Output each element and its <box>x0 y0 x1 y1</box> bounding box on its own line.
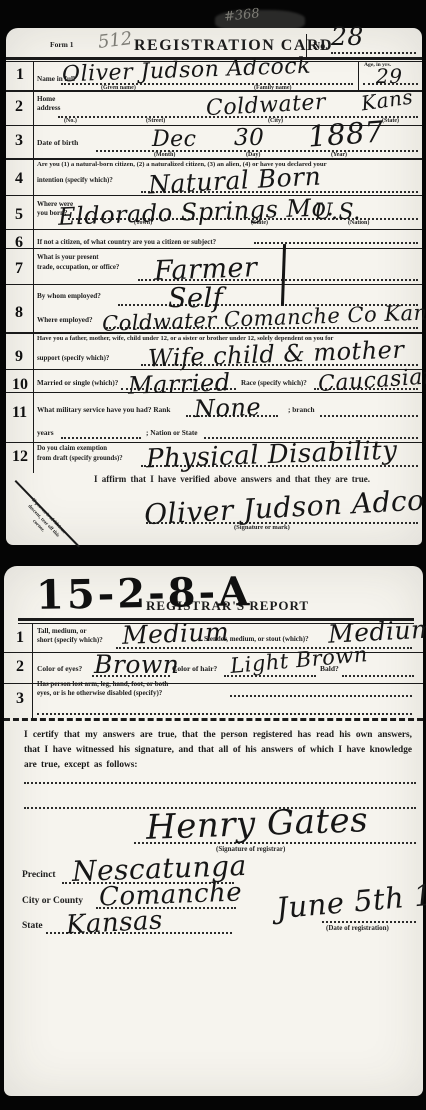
dotted-line <box>254 242 418 244</box>
exemption-label-1: Do you claim exemption <box>37 445 107 453</box>
row-5-number: 5 <box>15 206 23 224</box>
row-7-number: 7 <box>15 260 23 278</box>
row-11-number: 11 <box>12 404 27 422</box>
county-label: City or County <box>22 896 83 908</box>
number-column-line <box>33 61 34 473</box>
city-sublabel: (City) <box>268 118 283 124</box>
precinct-label: Precinct <box>22 870 56 882</box>
dotted-line <box>331 52 416 54</box>
years-label: years <box>37 428 54 437</box>
registration-card: Form 1 512 REGISTRATION CARD No. 28 1 Na… <box>6 28 422 545</box>
registration-date-value: June 5th 1917 <box>275 873 426 925</box>
married-single-label: Married or single (which)? <box>37 379 118 388</box>
disability-label-1: Has person lost arm, leg, hand, foot, or… <box>37 680 168 689</box>
row-6-number: 6 <box>15 234 23 252</box>
home-address-label: Home address <box>37 95 71 113</box>
corner-tear-note: If person is of African descent, tear of… <box>17 496 68 547</box>
registrar-signature: Henry Gates <box>145 800 368 848</box>
born-nation-value: U.S. <box>314 200 361 225</box>
form-number-label: Form 1 <box>50 40 74 49</box>
report-row-2-number: 2 <box>16 658 24 676</box>
no-label: No. <box>313 41 328 54</box>
report-row-1-number: 1 <box>16 629 24 647</box>
eye-color-label: Color of eyes? <box>37 664 82 673</box>
dotted-line <box>61 437 141 439</box>
registration-date-sublabel: (Date of registration) <box>326 924 389 932</box>
no-sublabel: (No.) <box>64 118 77 124</box>
row-3-number: 3 <box>15 132 23 150</box>
dotted-line <box>230 695 412 697</box>
dependents-label-2: support (specify which)? <box>37 355 109 364</box>
height-answer: Medium <box>122 617 230 650</box>
by-whom-employed-label: By whom employed? <box>37 292 101 301</box>
age-value: 29 <box>376 64 402 88</box>
birth-day-value: 30 <box>234 125 264 151</box>
height-label-2: short (specify which)? <box>37 636 103 645</box>
exemption-label-2: from draft (specify grounds)? <box>37 455 123 463</box>
street-sublabel: (Street) <box>146 118 165 124</box>
born-town-value: Eldorado Springs Mo. <box>58 193 335 231</box>
branch-label: ; branch <box>288 405 315 414</box>
row-8-number: 8 <box>15 304 23 322</box>
row-rule <box>6 248 422 249</box>
disability-label-2: eyes, or is he otherwise disabled (speci… <box>37 689 162 698</box>
registrars-report-card: 15-2-8-A REGISTRAR'S REPORT 1 Tall, medi… <box>4 566 423 1096</box>
dotted-line <box>342 675 414 677</box>
trade-answer: Farmer <box>153 252 257 287</box>
military-rank-answer: None <box>194 393 262 423</box>
birth-year-value: 1887 <box>307 114 385 153</box>
not-citizen-label: If not a citizen, of what country are yo… <box>37 238 216 247</box>
dotted-line <box>37 713 412 715</box>
affirmation-text: I affirm that I have verified above answ… <box>94 474 370 485</box>
row-rule <box>6 158 422 160</box>
citizen-question-label-2: intention (specify which)? <box>37 177 113 186</box>
date-of-birth-label: Date of birth <box>37 138 78 147</box>
row-2-number: 2 <box>15 98 23 116</box>
military-service-label: What military service have you had? Rank <box>37 405 170 414</box>
stray-ink-mark <box>281 244 286 306</box>
where-employed-label: Where employed? <box>37 316 93 325</box>
certification-text: I certify that my answers are true, that… <box>24 728 412 773</box>
scanned-document: #368 Form 1 512 REGISTRATION CARD No. 28… <box>0 0 426 1110</box>
eye-color-answer: Brown <box>94 650 179 679</box>
state-sublabel: (State) <box>382 118 399 124</box>
state-label: State <box>22 921 43 933</box>
age-box-line <box>358 61 359 90</box>
number-column-line <box>32 623 33 719</box>
trade-label-2: trade, occupation, or office? <box>37 264 119 273</box>
state-value: Kansas <box>65 905 163 940</box>
serial-stamp: 15-2-8-A <box>36 568 253 619</box>
no-value: 28 <box>331 22 364 51</box>
row-12-number: 12 <box>12 448 28 466</box>
row-rule <box>6 332 422 334</box>
row-rule <box>4 683 423 684</box>
row-1-number: 1 <box>16 66 24 84</box>
dotted-line <box>24 782 416 784</box>
row-4-number: 4 <box>15 170 23 188</box>
height-label-1: Tall, medium, or <box>37 627 87 636</box>
nation-or-state-label: ; Nation or State <box>146 428 198 437</box>
row-9-number: 9 <box>15 348 23 366</box>
section-rule <box>4 718 423 721</box>
dotted-line <box>322 921 416 923</box>
trade-label-1: What is your present <box>37 254 99 263</box>
dotted-line <box>320 415 418 417</box>
report-row-3-number: 3 <box>16 690 24 708</box>
pencil-serial: 512 <box>97 28 134 53</box>
race-label: Race (specify which)? <box>241 379 307 388</box>
birth-month-value: Dec <box>152 127 196 152</box>
